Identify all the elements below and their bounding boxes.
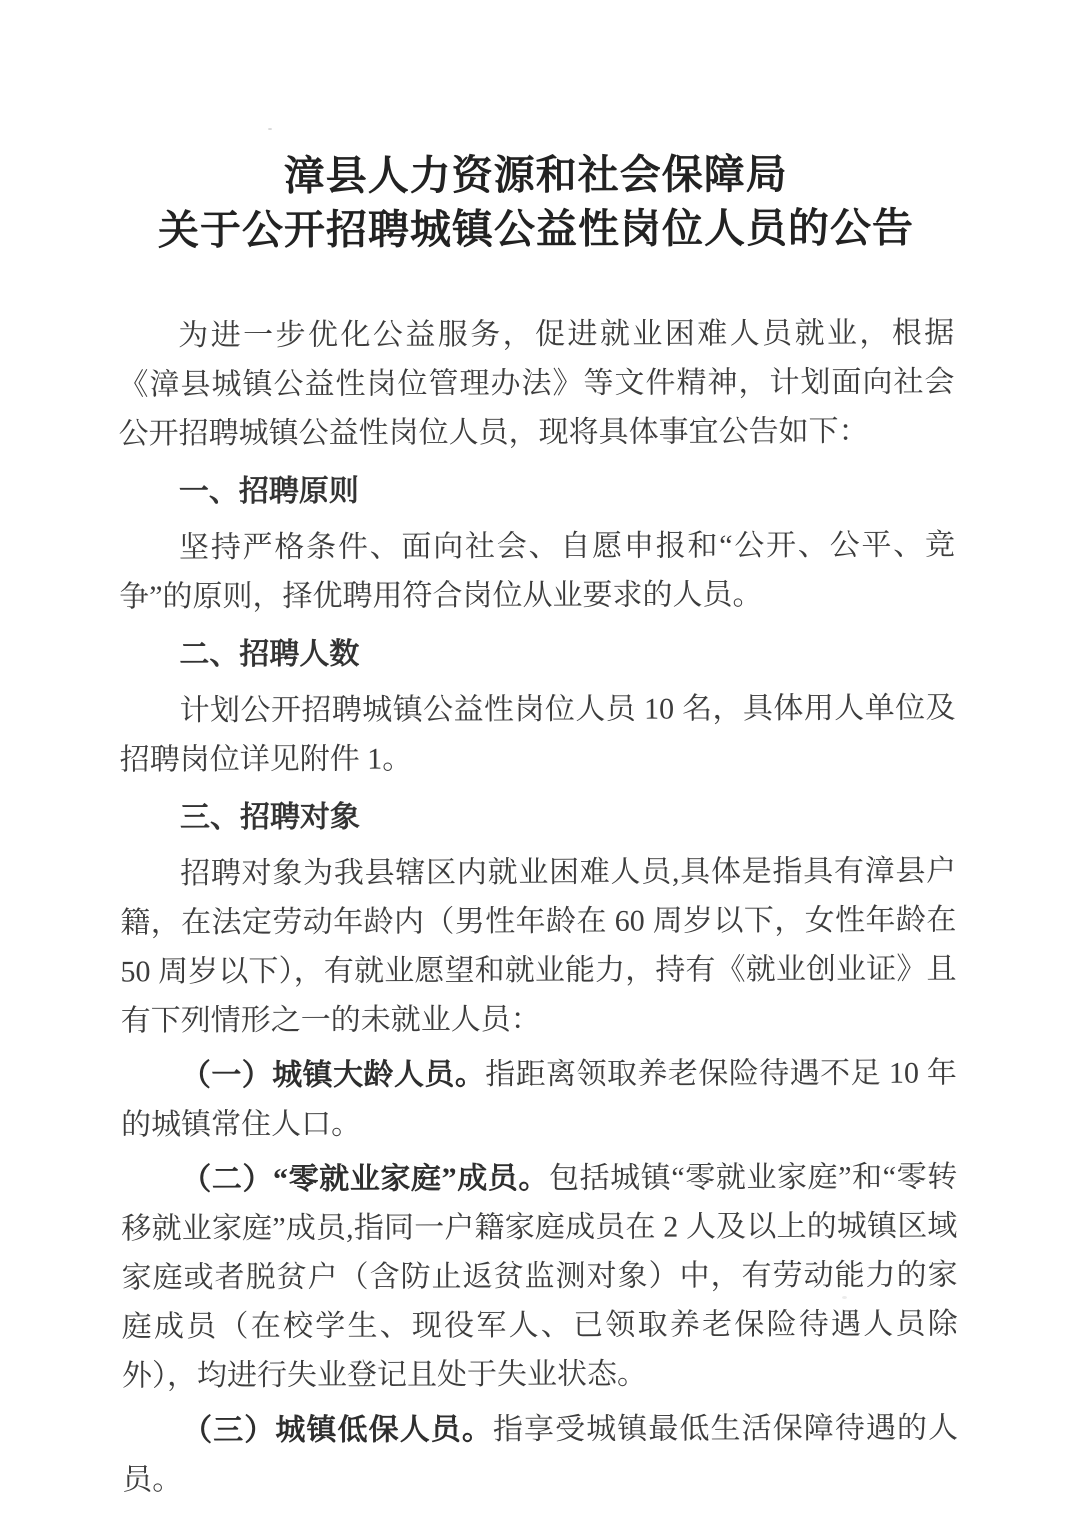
item-2-paragraph: （二）“零就业家庭”成员。包括城镇“零就业家庭”和“零转移就业家庭”成员,指同一… [121,1153,958,1401]
item-3-paragraph: （三）城镇低保人员。指享受城镇最低生活保障待遇的人员。 [122,1404,958,1505]
scan-speck [268,128,272,130]
item-1-lead: （一）城镇大龄人员。 [181,1058,486,1092]
document-title-line1: 漳县人力资源和社会保障局 [284,151,788,199]
section-2-paragraph: 计划公开招聘城镇公益性岗位人员 10 名，具体用人单位及招聘岗位详见附件 1。 [120,684,956,785]
section-2-heading: 二、招聘人数 [119,628,955,680]
item-1-paragraph: （一）城镇大龄人员。指距离领取养老保险待遇不足 10 年的城镇常住人口。 [121,1049,957,1150]
document-title: 漳县人力资源和社会保障局 关于公开招聘城镇公益性岗位人员的公告 [118,147,954,258]
section-1-paragraph: 坚持严格条件、面向社会、自愿申报和“公开、公平、竞争”的原则，择优聘用符合岗位从… [119,521,955,622]
item-2-lead: （二）“零就业家庭”成员。 [181,1162,549,1196]
section-1-heading: 一、招聘原则 [119,465,955,517]
intro-paragraph: 为进一步优化公益服务，促进就业困难人员就业，根据《漳县城镇公益性岗位管理办法》等… [118,309,955,459]
document-content: 漳县人力资源和社会保障局 关于公开招聘城镇公益性岗位人员的公告 为进一步优化公益… [118,147,959,1511]
scanned-document-page: 漳县人力资源和社会保障局 关于公开招聘城镇公益性岗位人员的公告 为进一步优化公益… [0,0,1080,1527]
document-title-line2: 关于公开招聘城镇公益性岗位人员的公告 [158,205,914,254]
section-3-heading: 三、招聘对象 [120,791,956,843]
section-3-paragraph: 招聘对象为我县辖区内就业困难人员,具体是指具有漳县户籍，在法定劳动年龄内（男性年… [120,847,957,1046]
item-3-lead: （三）城镇低保人员。 [182,1413,493,1447]
